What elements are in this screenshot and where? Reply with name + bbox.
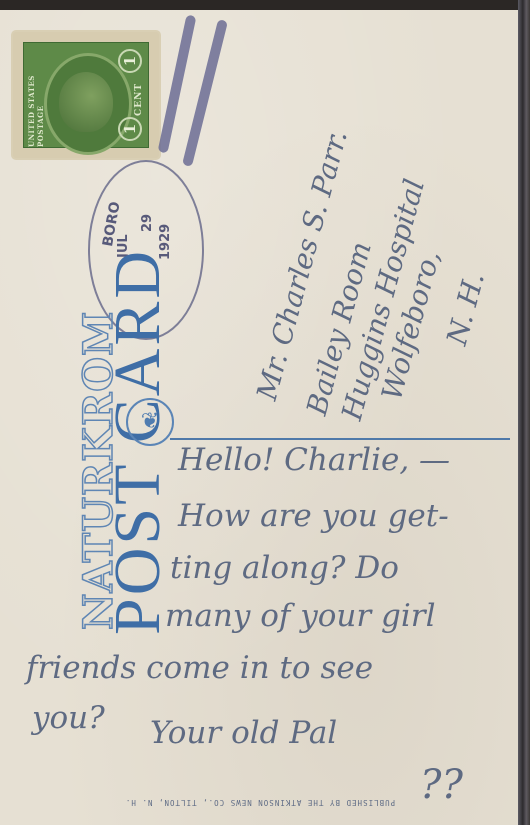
stamp-portrait-oval — [44, 53, 132, 155]
stamp-denomination-bottom: 1 — [118, 117, 142, 141]
message-line-4: many of your girl — [165, 598, 436, 634]
postmark-day: 29 — [140, 214, 155, 232]
message-line-3: ting along? Do — [170, 550, 399, 586]
signature: Your old Pal — [150, 715, 337, 751]
address-divider-line — [170, 438, 510, 440]
address-line-5: N. H. — [440, 269, 491, 349]
message-line-6: you? — [32, 700, 105, 736]
stamp-frame: UNITED STATES POSTAGE 1 CENT 1 — [23, 42, 149, 148]
stamp-denomination-label: CENT — [134, 83, 144, 116]
scan-border-right — [518, 0, 530, 825]
message-line-5: friends come in to see — [26, 650, 373, 686]
publisher-monogram-icon: ❦ — [126, 398, 174, 446]
portrait-icon — [59, 72, 113, 132]
stamp-denomination-top: 1 — [118, 49, 142, 73]
stamp-country-text: UNITED STATES POSTAGE — [27, 49, 45, 147]
publisher-imprint: PUBLISHED BY THE ATKINSON NEWS CO., TILT… — [115, 798, 405, 807]
question-marks: ?? — [420, 762, 463, 808]
postage-stamp: UNITED STATES POSTAGE 1 CENT 1 — [13, 32, 159, 158]
message-line-2: How are you get- — [178, 498, 449, 534]
message-line-1: Hello! Charlie, — — [178, 442, 450, 478]
postcard: UNITED STATES POSTAGE 1 CENT 1 BORO JUL … — [0, 10, 518, 825]
